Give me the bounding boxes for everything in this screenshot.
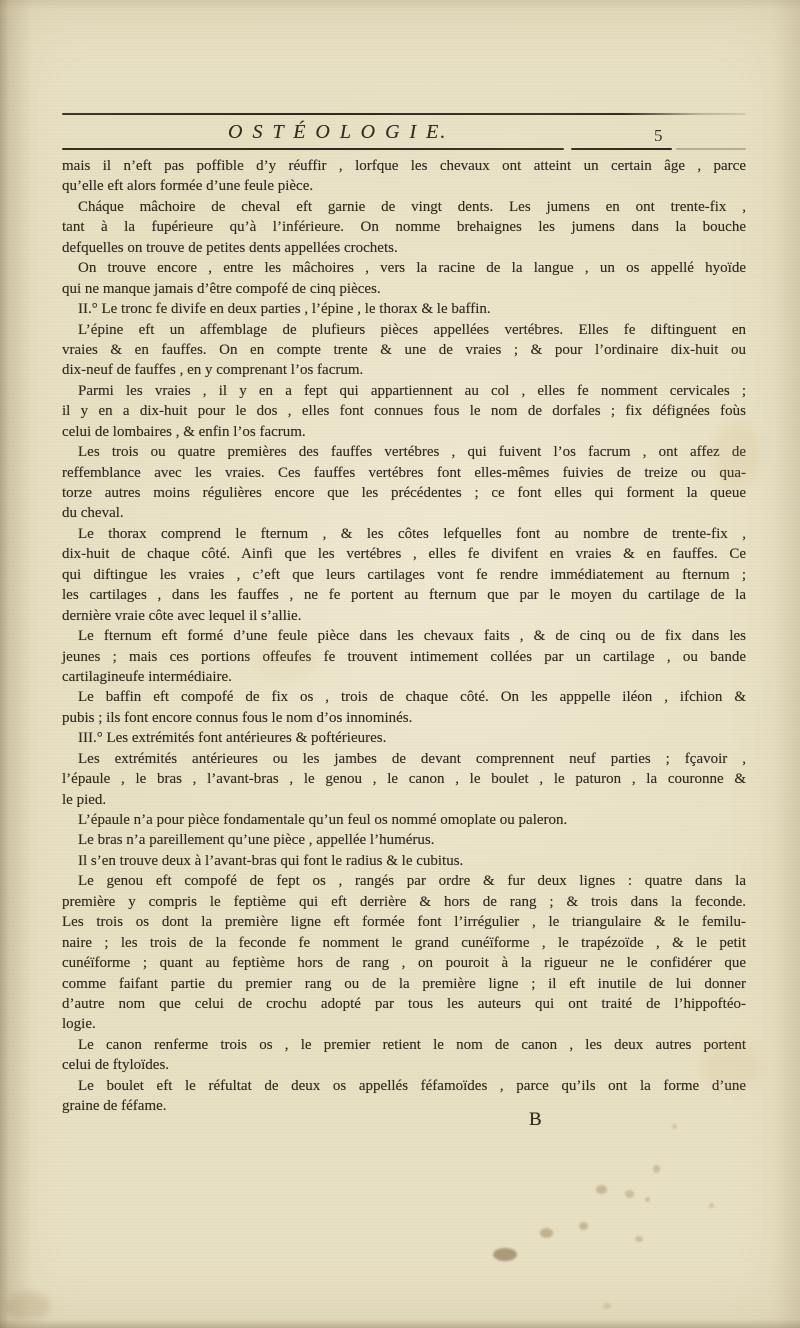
- text-line: II.° Le tronc fe divife en deux parties …: [62, 299, 746, 319]
- text-line: mais il n’eft pas poffible d’y réuffir ,…: [62, 156, 746, 176]
- text-line: Les trois ou quatre premières des fauffe…: [62, 442, 746, 462]
- text-line: qui ne manque jamais d’être compofé de c…: [62, 279, 746, 299]
- text-line: première y compris le feptième qui eft d…: [62, 892, 746, 912]
- header-rule-bottom-right: [571, 148, 672, 150]
- text-line: dix-huit de chaque côté. Ainfi que les v…: [62, 544, 746, 564]
- text-line: jeunes ; mais ces portions offeufes fe t…: [62, 647, 746, 667]
- text-line: pubis ; ils font encore connus fous le n…: [62, 708, 746, 728]
- running-head: O S T É O L O G I E.: [228, 121, 447, 144]
- text-line: celui de lombaires , & enfin l’os facrum…: [62, 422, 746, 442]
- text-block: mais il n’eft pas poffible d’y réuffir ,…: [62, 156, 746, 1117]
- text-line: comme faifant partie du premier rang ou …: [62, 974, 746, 994]
- text-line: qui diftingue les vraies , c’eft que leu…: [62, 565, 746, 585]
- text-line: Le genou eft compofé de fept os , rangés…: [62, 871, 746, 891]
- text-line: cartilagineufe intermédiaire.: [62, 667, 746, 687]
- foxing-spot: [625, 1190, 634, 1198]
- text-line: logie.: [62, 1014, 746, 1034]
- paper-blotch: [250, 640, 320, 680]
- text-line: Le boulet eft le réfultat de deux os app…: [62, 1076, 746, 1096]
- text-line: reffemblance avec les vraies. Ces fauffe…: [62, 463, 746, 483]
- page-number: 5: [654, 126, 663, 146]
- text-line: dernière vraie côte avec lequel il s’all…: [62, 606, 746, 626]
- text-line: Le bras n’a pareillement qu’une pièce , …: [62, 830, 746, 850]
- text-line: le pied.: [62, 790, 746, 810]
- text-line: vraies & en fauffes. On en compte trente…: [62, 340, 746, 360]
- text-line: l’épaule , le bras , l’avant-bras , le g…: [62, 769, 746, 789]
- paper-blotch: [700, 1040, 760, 1090]
- foxing-spot: [672, 1124, 677, 1129]
- text-line: dix-neuf de fauffes , en y comprenant l’…: [62, 360, 746, 380]
- text-line: Il s’en trouve deux à l’avant-bras qui f…: [62, 851, 746, 871]
- text-line: Le thorax comprend le fternum , & les cô…: [62, 524, 746, 544]
- text-line: du cheval.: [62, 503, 746, 523]
- text-line: Le fternum eft formé d’une feule pièce d…: [62, 626, 746, 646]
- text-line: torze autres moins régulières encore que…: [62, 483, 746, 503]
- text-line: III.° Les extrémités font antérieures & …: [62, 728, 746, 748]
- text-line: Cháque mâchoire de cheval eft garnie de …: [62, 197, 746, 217]
- foxing-spot: [709, 1203, 714, 1208]
- header-rule-bottom-left: [62, 148, 564, 150]
- book-page: O S T É O L O G I E. 5 mais il n’eft pas…: [0, 0, 800, 1328]
- text-line: L’épine eft un affemblage de plufieurs p…: [62, 320, 746, 340]
- header-rule-bottom-faint: [676, 148, 746, 150]
- text-line: defquelles on trouve de petites dents ap…: [62, 238, 746, 258]
- text-line: cunéïforme ; quant au feptième hors de r…: [62, 953, 746, 973]
- foxing-spot: [579, 1222, 588, 1230]
- signature-mark: B: [529, 1109, 542, 1131]
- text-line: Les extrémités antérieures ou les jambes…: [62, 749, 746, 769]
- text-line: tant à la fupérieure qu’à l’inférieure. …: [62, 217, 746, 237]
- text-line: Le canon renferme trois os , le premier …: [62, 1035, 746, 1055]
- foxing-spot: [653, 1165, 660, 1173]
- foxing-spot: [635, 1236, 643, 1242]
- text-line: les cartilages , dans les fauffes , ne f…: [62, 585, 746, 605]
- text-line: graine de féfame.: [62, 1096, 746, 1116]
- foxing-spot: [540, 1228, 553, 1238]
- foxing-spot: [603, 1303, 611, 1309]
- text-line: On trouve encore , entre les mâchoires ,…: [62, 258, 746, 278]
- header-rule-top: [62, 113, 746, 115]
- text-line: celui de ftyloïdes.: [62, 1055, 746, 1075]
- text-line: qu’elle eft alors formée d’une feule piè…: [62, 176, 746, 196]
- foxing-spot: [5, 1292, 50, 1320]
- text-line: Parmi les vraies , il y en a fept qui ap…: [62, 381, 746, 401]
- ink-blob: [493, 1248, 517, 1261]
- text-line: L’épaule n’a pour pièce fondamentale qu’…: [62, 810, 746, 830]
- text-line: Les trois os dont la première ligne eft …: [62, 912, 746, 932]
- paper-blotch: [712, 420, 760, 490]
- foxing-spot: [645, 1197, 650, 1202]
- text-line: il y en a dix-huit pour le dos , elles f…: [62, 401, 746, 421]
- foxing-spot: [596, 1185, 607, 1194]
- text-line: d’autre nom que celui de crochu adopté p…: [62, 994, 746, 1014]
- text-line: naire ; les trois de la feconde fe nomme…: [62, 933, 746, 953]
- text-line: Le baffin eft compofé de fix os , trois …: [62, 687, 746, 707]
